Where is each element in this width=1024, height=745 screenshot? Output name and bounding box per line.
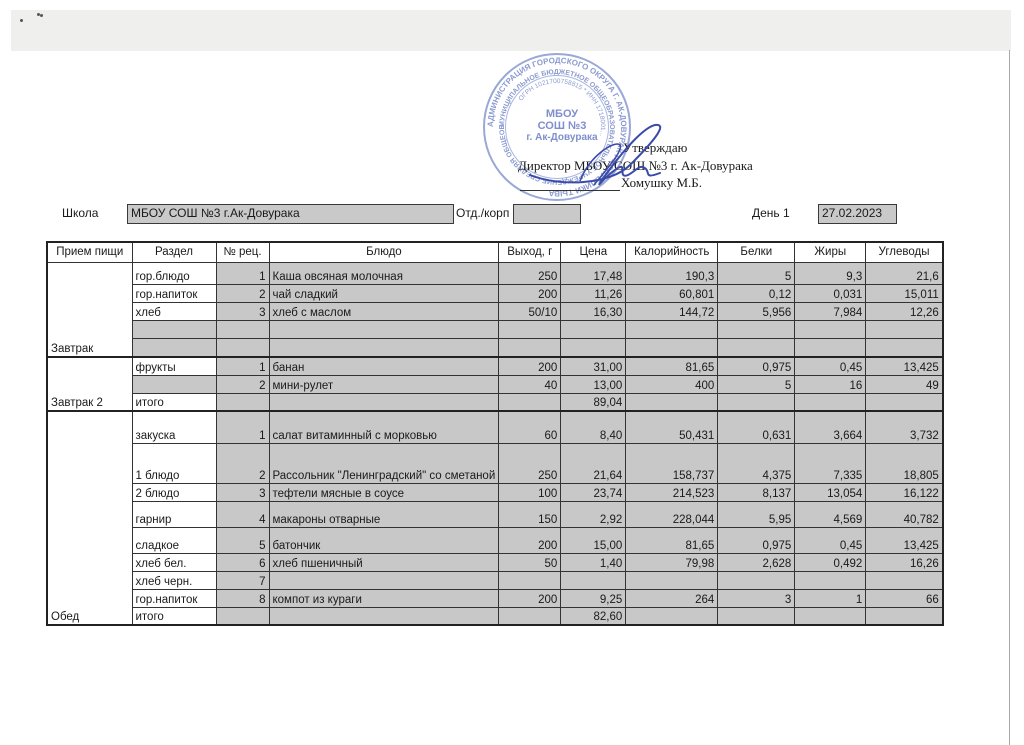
carbs-cell — [866, 393, 943, 411]
table-row: гор.напиток2чай сладкий20011,2660,8010,1… — [47, 284, 943, 302]
dish-cell — [269, 393, 499, 411]
section-cell — [132, 320, 216, 338]
yield-cell — [499, 320, 561, 338]
protein-cell — [718, 393, 795, 411]
dish-cell — [269, 607, 499, 625]
dish-cell: компот из кураги — [269, 589, 499, 607]
price-cell: 31,00 — [561, 357, 626, 375]
column-header: Калорийность — [626, 242, 718, 262]
recipe-number-cell — [216, 607, 269, 625]
dish-cell: салат витаминный с морковью — [269, 411, 499, 443]
calories-cell: 60,801 — [626, 284, 718, 302]
table-row: Завтракгор.блюдо1Каша овсяная молочная25… — [47, 262, 943, 284]
carbs-cell: 21,6 — [866, 262, 943, 284]
protein-cell: 0,975 — [718, 527, 795, 553]
table-row: Завтрак 2фрукты1банан20031,0081,650,9750… — [47, 357, 943, 375]
recipe-number-cell: 7 — [216, 571, 269, 589]
column-header: Прием пищи — [47, 242, 132, 262]
calories-cell — [626, 571, 718, 589]
calories-cell: 190,3 — [626, 262, 718, 284]
carbs-cell: 3,732 — [866, 411, 943, 443]
yield-cell — [499, 607, 561, 625]
price-cell: 16,30 — [561, 302, 626, 320]
price-cell — [561, 320, 626, 338]
column-header: Блюдо — [269, 242, 499, 262]
dish-cell: Каша овсяная молочная — [269, 262, 499, 284]
column-header: Жиры — [795, 242, 866, 262]
column-header: Углеводы — [866, 242, 943, 262]
fat-cell: 16 — [795, 375, 866, 393]
price-cell: 89,04 — [561, 393, 626, 411]
dept-label: Отд./корп — [456, 206, 509, 220]
recipe-number-cell: 3 — [216, 483, 269, 501]
protein-cell — [718, 571, 795, 589]
section-cell: 2 блюдо — [132, 483, 216, 501]
yield-cell: 40 — [499, 375, 561, 393]
carbs-cell: 49 — [866, 375, 943, 393]
price-cell: 82,60 — [561, 607, 626, 625]
price-cell: 13,00 — [561, 375, 626, 393]
fat-cell: 3,664 — [795, 411, 866, 443]
dish-cell — [269, 571, 499, 589]
calories-cell: 264 — [626, 589, 718, 607]
table-row: 2мини-рулет4013,0040051649 — [47, 375, 943, 393]
date-field: 27.02.2023 — [818, 204, 897, 224]
dish-cell: тефтели мясные в соусе — [269, 483, 499, 501]
section-cell: хлеб — [132, 302, 216, 320]
carbs-cell: 16,26 — [866, 553, 943, 571]
section-cell: гор.блюдо — [132, 262, 216, 284]
calories-cell: 144,72 — [626, 302, 718, 320]
meal-name-cell: Завтрак — [47, 262, 132, 357]
fat-cell — [795, 320, 866, 338]
calories-cell — [626, 338, 718, 357]
calories-cell: 79,98 — [626, 553, 718, 571]
meal-name-cell: Завтрак 2 — [47, 357, 132, 411]
section-cell: гор.напиток — [132, 284, 216, 302]
carbs-cell: 12,26 — [866, 302, 943, 320]
fat-cell — [795, 393, 866, 411]
carbs-cell: 13,425 — [866, 357, 943, 375]
fat-cell: 7,984 — [795, 302, 866, 320]
table-row — [47, 320, 943, 338]
meal-name-cell: Обед — [47, 411, 132, 625]
yield-cell: 250 — [499, 443, 561, 483]
day-label: День 1 — [752, 206, 790, 220]
section-cell — [132, 375, 216, 393]
price-cell: 2,92 — [561, 501, 626, 527]
table-row: 2 блюдо3тефтели мясные в соусе10023,7421… — [47, 483, 943, 501]
calories-cell: 400 — [626, 375, 718, 393]
section-cell: хлеб бел. — [132, 553, 216, 571]
protein-cell — [718, 338, 795, 357]
fat-cell: 0,45 — [795, 357, 866, 375]
table-row: хлеб черн.7 — [47, 571, 943, 589]
price-cell: 15,00 — [561, 527, 626, 553]
dish-cell: банан — [269, 357, 499, 375]
protein-cell: 3 — [718, 589, 795, 607]
carbs-cell: 66 — [866, 589, 943, 607]
carbs-cell: 18,805 — [866, 443, 943, 483]
section-cell: гарнир — [132, 501, 216, 527]
yield-cell: 60 — [499, 411, 561, 443]
price-cell: 17,48 — [561, 262, 626, 284]
recipe-number-cell: 1 — [216, 411, 269, 443]
calories-cell — [626, 320, 718, 338]
recipe-number-cell: 2 — [216, 375, 269, 393]
dish-cell — [269, 338, 499, 357]
price-cell: 9,25 — [561, 589, 626, 607]
section-cell: 1 блюдо — [132, 443, 216, 483]
calories-cell: 81,65 — [626, 527, 718, 553]
section-cell: хлеб черн. — [132, 571, 216, 589]
fat-cell: 13,054 — [795, 483, 866, 501]
yield-cell — [499, 393, 561, 411]
table-row: гарнир4макароны отварные1502,92228,0445,… — [47, 501, 943, 527]
fat-cell: 0,45 — [795, 527, 866, 553]
section-cell: гор.напиток — [132, 589, 216, 607]
scan-top-strip — [11, 10, 1011, 51]
carbs-cell: 15,011 — [866, 284, 943, 302]
dish-cell: хлеб пшеничный — [269, 553, 499, 571]
recipe-number-cell: 1 — [216, 357, 269, 375]
calories-cell: 214,523 — [626, 483, 718, 501]
table-row: сладкое5батончик20015,0081,650,9750,4513… — [47, 527, 943, 553]
recipe-number-cell — [216, 338, 269, 357]
section-cell: сладкое — [132, 527, 216, 553]
calories-cell — [626, 393, 718, 411]
price-cell: 11,26 — [561, 284, 626, 302]
section-cell — [132, 338, 216, 357]
carbs-cell — [866, 338, 943, 357]
recipe-number-cell: 1 — [216, 262, 269, 284]
yield-cell: 150 — [499, 501, 561, 527]
table-header-row: Прием пищиРаздел№ рец.БлюдоВыход, гЦенаК… — [47, 242, 943, 262]
scan-page-edge — [1009, 50, 1010, 745]
price-cell: 23,74 — [561, 483, 626, 501]
column-header: № рец. — [216, 242, 269, 262]
fat-cell — [795, 607, 866, 625]
yield-cell: 250 — [499, 262, 561, 284]
protein-cell: 0,12 — [718, 284, 795, 302]
scan-speck — [20, 19, 23, 22]
protein-cell: 5,95 — [718, 501, 795, 527]
carbs-cell — [866, 571, 943, 589]
school-label: Школа — [62, 206, 98, 220]
fat-cell: 0,031 — [795, 284, 866, 302]
yield-cell — [499, 571, 561, 589]
protein-cell — [718, 607, 795, 625]
yield-cell: 200 — [499, 284, 561, 302]
column-header: Цена — [561, 242, 626, 262]
protein-cell: 5 — [718, 375, 795, 393]
table-row: Обедзакуска1салат витаминный с морковью6… — [47, 411, 943, 443]
yield-cell: 200 — [499, 527, 561, 553]
yield-cell: 200 — [499, 357, 561, 375]
recipe-number-cell: 2 — [216, 443, 269, 483]
table-row: итого82,60 — [47, 607, 943, 625]
dish-cell: чай сладкий — [269, 284, 499, 302]
recipe-number-cell: 4 — [216, 501, 269, 527]
section-cell: итого — [132, 607, 216, 625]
protein-cell: 4,375 — [718, 443, 795, 483]
yield-cell: 50 — [499, 553, 561, 571]
recipe-number-cell — [216, 393, 269, 411]
fat-cell — [795, 571, 866, 589]
fat-cell — [795, 338, 866, 357]
table-row: 1 блюдо2Рассольник "Ленинградский" со см… — [47, 443, 943, 483]
price-cell — [561, 571, 626, 589]
protein-cell: 5,956 — [718, 302, 795, 320]
fat-cell: 7,335 — [795, 443, 866, 483]
price-cell: 8,40 — [561, 411, 626, 443]
recipe-number-cell: 8 — [216, 589, 269, 607]
column-header: Выход, г — [499, 242, 561, 262]
yield-cell: 100 — [499, 483, 561, 501]
recipe-number-cell — [216, 320, 269, 338]
recipe-number-cell: 5 — [216, 527, 269, 553]
carbs-cell — [866, 320, 943, 338]
fat-cell: 9,3 — [795, 262, 866, 284]
carbs-cell: 13,425 — [866, 527, 943, 553]
protein-cell: 8,137 — [718, 483, 795, 501]
yield-cell — [499, 338, 561, 357]
fat-cell: 0,492 — [795, 553, 866, 571]
signature-icon — [520, 115, 700, 195]
carbs-cell: 40,782 — [866, 501, 943, 527]
table-row: хлеб3хлеб с маслом50/1016,30144,725,9567… — [47, 302, 943, 320]
table-row — [47, 338, 943, 357]
price-cell: 21,64 — [561, 443, 626, 483]
dish-cell: макароны отварные — [269, 501, 499, 527]
fat-cell: 4,569 — [795, 501, 866, 527]
protein-cell — [718, 320, 795, 338]
section-cell: закуска — [132, 411, 216, 443]
section-cell: фрукты — [132, 357, 216, 375]
carbs-cell — [866, 607, 943, 625]
price-cell — [561, 338, 626, 357]
column-header: Раздел — [132, 242, 216, 262]
table-row: гор.напиток8компот из кураги2009,2526431… — [47, 589, 943, 607]
dish-cell: Рассольник "Ленинградский" со сметаной — [269, 443, 499, 483]
scan-speck — [40, 14, 43, 17]
protein-cell: 2,628 — [718, 553, 795, 571]
protein-cell: 0,975 — [718, 357, 795, 375]
yield-cell: 50/10 — [499, 302, 561, 320]
recipe-number-cell: 2 — [216, 284, 269, 302]
column-header: Белки — [718, 242, 795, 262]
section-cell: итого — [132, 393, 216, 411]
dish-cell — [269, 320, 499, 338]
table-row: итого89,04 — [47, 393, 943, 411]
calories-cell: 81,65 — [626, 357, 718, 375]
dish-cell: хлеб с маслом — [269, 302, 499, 320]
calories-cell — [626, 607, 718, 625]
protein-cell: 5 — [718, 262, 795, 284]
calories-cell: 228,044 — [626, 501, 718, 527]
menu-table: Прием пищиРаздел№ рец.БлюдоВыход, гЦенаК… — [46, 241, 944, 626]
carbs-cell: 16,122 — [866, 483, 943, 501]
school-field: МБОУ СОШ №3 г.Ак-Довурака — [127, 204, 454, 224]
fat-cell: 1 — [795, 589, 866, 607]
table-row: хлеб бел.6хлеб пшеничный501,4079,982,628… — [47, 553, 943, 571]
price-cell: 1,40 — [561, 553, 626, 571]
recipe-number-cell: 3 — [216, 302, 269, 320]
protein-cell: 0,631 — [718, 411, 795, 443]
yield-cell: 200 — [499, 589, 561, 607]
calories-cell: 50,431 — [626, 411, 718, 443]
recipe-number-cell: 6 — [216, 553, 269, 571]
dish-cell: мини-рулет — [269, 375, 499, 393]
dept-field — [513, 204, 581, 224]
calories-cell: 158,737 — [626, 443, 718, 483]
dish-cell: батончик — [269, 527, 499, 553]
